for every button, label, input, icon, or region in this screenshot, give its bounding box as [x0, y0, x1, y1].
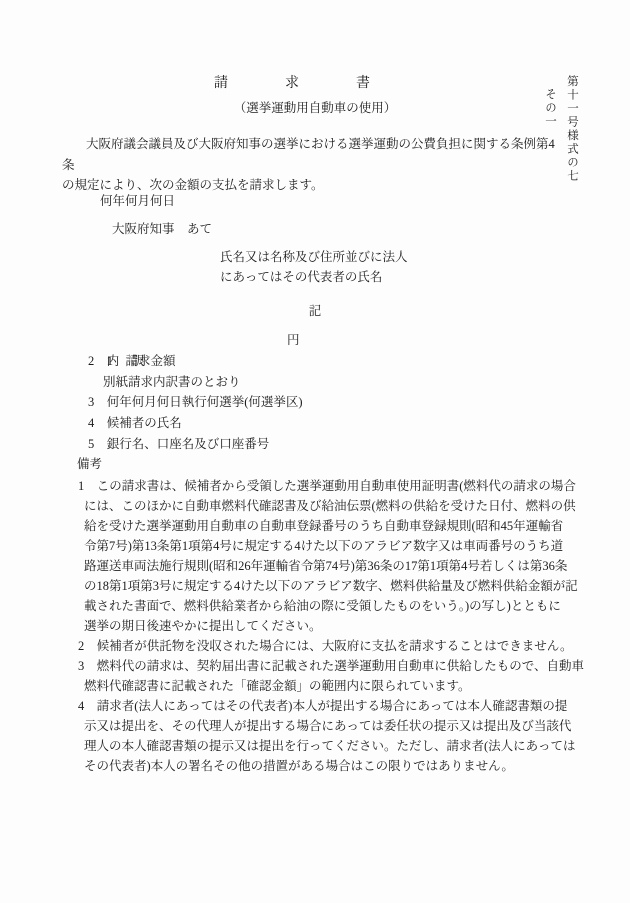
intro-paragraph: 大阪府議会議員及び大阪府知事の選挙における選挙運動の公費負担に関する条例第4条 …	[62, 134, 567, 196]
claim-items-list: 1 請求金額 円 2 内 訳 別紙請求内訳書のとおり 3 何年何月何日執行何選挙…	[88, 330, 568, 455]
amount-unit-label: 円	[287, 330, 300, 351]
claim-item-candidate-name: 4 候補者の氏名	[88, 413, 568, 434]
remark-item-2: 2 候補者が供託物を没収された場合には、大阪府に支払を請求することはできません。	[78, 636, 586, 656]
claim-item-election: 3 何年何月何日執行何選挙(何選挙区)	[88, 392, 568, 413]
claim-item-bank-account: 5 銀行名、口座名及び口座番号	[88, 434, 568, 455]
ki-marker: 記	[0, 301, 630, 319]
invoice-form-page: 第十一号様式の七 その一 請求書 （選挙運動用自動車の使用） 大阪府議会議員及び…	[0, 0, 630, 903]
remarks-list: 1 この請求書は、候補者から受領した選挙運動用自動車使用証明書(燃料代の請求の場…	[78, 476, 586, 776]
document-title: 請求書	[214, 72, 427, 92]
addressee-line: 大阪府知事 あて	[112, 219, 212, 237]
date-line: 何年何月何日	[100, 191, 175, 209]
remark-item-4: 4 請求者(法人にあってはその代表者)本人が提出する場合にあっては本人確認書類の…	[78, 696, 586, 776]
remarks-heading: 備考	[77, 454, 102, 472]
remark-item-1: 1 この請求書は、候補者から受領した選挙運動用自動車使用証明書(燃料代の請求の場…	[78, 476, 586, 636]
document-subtitle: （選挙運動用自動車の使用）	[0, 98, 630, 116]
claimant-name-label: 氏名又は名称及び住所並びに法人 にあってはその代表者の氏名	[220, 247, 408, 287]
claim-item-breakdown: 2 内 訳	[88, 351, 568, 372]
claim-item-breakdown-note: 別紙請求内訳書のとおり	[88, 372, 568, 393]
remark-item-3: 3 燃料代の請求は、契約届出書に記載された選挙運動用自動車に供給したもので、自動…	[78, 656, 586, 696]
claim-item-amount: 1 請求金額 円	[88, 330, 568, 351]
